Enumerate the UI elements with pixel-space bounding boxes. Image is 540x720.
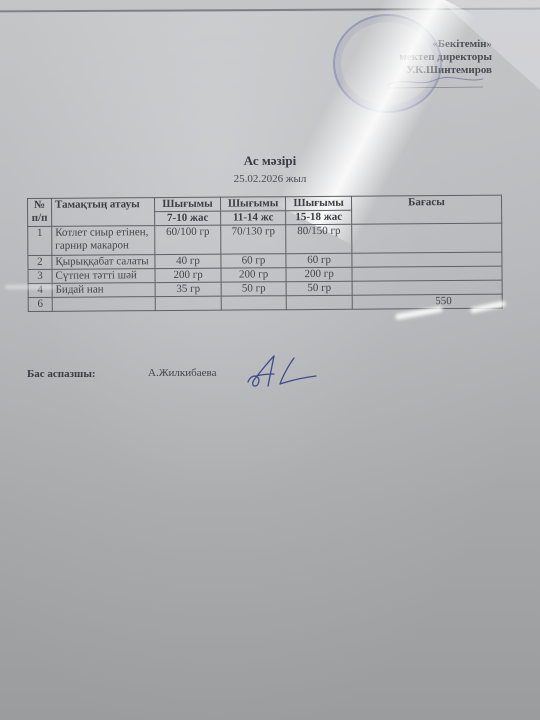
cell-portion: 70/130 гр [221,225,287,254]
cell-num: 6 [28,297,52,311]
table-header-row: № п/п Тамақтың атауы Шығымы Шығымы Шығым… [28,195,502,212]
cell-portion [287,295,353,309]
header-name: Тамақтың атауы [51,198,155,227]
cell-name: Қырыққабат салаты [52,255,155,270]
cell-portion: 60/100 гр [155,225,221,254]
cell-portion: 40 гр [155,254,221,268]
cell-num: 2 [28,255,52,269]
document-title: Ас мәзірі [0,153,540,169]
header-portion: Шығымы [155,197,221,211]
cell-portion [221,296,287,310]
cell-name: Котлет сиыр етінен, гарнир макарон [52,226,156,256]
header-age: 7-10 жас [155,211,221,225]
cell-price [352,280,502,295]
header-age: 11-14 жс [220,211,286,225]
cell-name: Бидай нан [52,283,155,298]
cell-portion: 200 гр [286,267,352,281]
header-portion: Шығымы [286,196,352,210]
cell-portion: 60 гр [221,254,287,268]
cell-portion: 200 гр [221,268,287,282]
document-date: 25.02.2026 жыл [0,173,540,185]
cell-num: 1 [28,226,52,255]
cell-num: 3 [28,269,52,283]
cell-price [352,223,502,253]
cell-portion: 80/150 гр [286,224,352,253]
cell-price [352,266,502,281]
cell-portion: 200 гр [155,268,221,282]
menu-table: № п/п Тамақтың атауы Шығымы Шығымы Шығым… [27,195,503,312]
chief-cook-name: А.Жилкибаева [148,367,216,379]
header-age: 15-18 жас [286,210,352,224]
header-portion: Шығымы [220,197,286,211]
table-row: 1 Котлет сиыр етінен, гарнир макарон 60/… [28,223,502,255]
cell-portion [155,296,221,310]
cell-portion: 60 гр [286,253,352,267]
header-num: № п/п [28,198,52,226]
cell-portion: 50 гр [286,281,352,295]
cell-portion: 50 гр [221,282,287,296]
cell-price [352,252,502,267]
chief-cook-label: Бас аспазшы: [27,368,96,380]
header-price: Бағасы [351,195,501,224]
chief-cook-signature-icon [244,352,320,390]
cell-name: Сүтпен тәтті шәй [52,269,155,284]
cell-portion: 35 гр [155,282,221,296]
cell-name [52,297,155,312]
light-reflection [5,285,55,289]
